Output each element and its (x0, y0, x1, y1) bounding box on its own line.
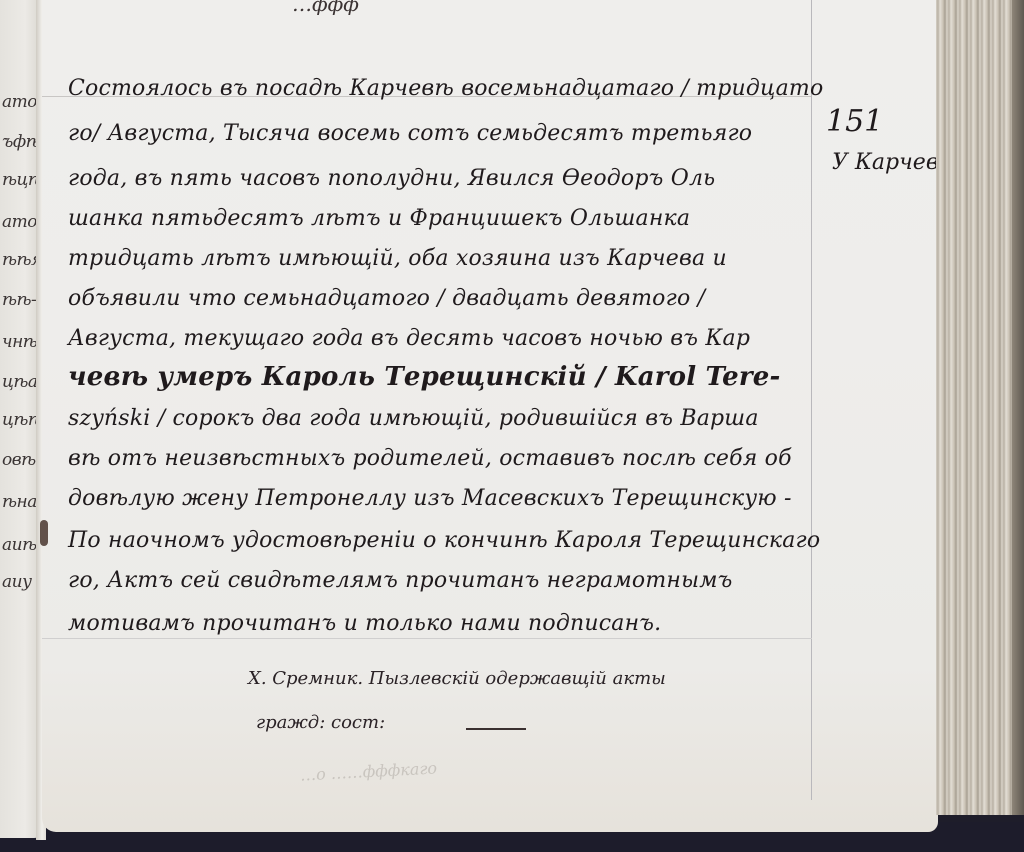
margin-rule (811, 0, 812, 800)
left-page-fragment: ъфѣ (2, 132, 40, 152)
left-page-fragment: ато (2, 212, 37, 232)
record-line: тридцать лѣтъ имѣющій, оба хозяина изъ К… (68, 246, 727, 271)
record-line: Состоялось въ посадѣ Карчевѣ восемьнадца… (68, 76, 823, 101)
signature-underline (466, 728, 526, 730)
left-page-fragment: овѣ (2, 450, 36, 470)
ruled-line-bottom (42, 638, 812, 639)
left-page-fragment: ѣѣ- (2, 290, 36, 310)
record-line: года, въ пять часовъ пополудни, Явился Ѳ… (68, 166, 715, 191)
record-line: szyński / сорокъ два года имѣющій, родив… (68, 406, 759, 431)
ink-stain (40, 520, 48, 546)
left-page-fragment: цѣа (2, 372, 38, 392)
record-line: объявили что семьнадцатого / двадцать де… (68, 286, 705, 311)
left-page-fragment: ато (2, 92, 37, 112)
act-number: 151 (826, 104, 883, 139)
record-line: Августа, текущаго года въ десять часовъ … (68, 326, 750, 351)
left-page-fragment: ѣна (2, 492, 37, 512)
official-title: гражд: сост: (256, 712, 385, 733)
book-cover-edge (1012, 0, 1024, 815)
record-line: го, Актъ сей свидѣтелямъ прочитанъ негра… (68, 568, 733, 593)
left-page-fragment: аиѣ (2, 535, 37, 555)
previous-entry-fragment: …ффф (292, 0, 359, 16)
left-page-fragment: чнѣ (2, 332, 37, 352)
record-line: мотивамъ прочитанъ и только нами подписа… (68, 611, 661, 636)
record-line: го/ Августа, Тысяча восемь сотъ семьдеся… (68, 121, 752, 146)
manuscript-photo: ато ъфѣ ѣцѣ ато ѣѣя ѣѣ- чнѣ цѣа цѣѣ овѣ … (0, 0, 1024, 852)
record-line-deceased-name: чевѣ умеръ Кароль Терещинскій / Karol Te… (68, 362, 780, 392)
record-line: довѣлую жену Петронеллу изъ Масевскихъ Т… (68, 486, 792, 511)
left-page-fragment: аиу (2, 572, 31, 592)
official-signature: Х. Сремник. Пызлевскій одержавщій акты (248, 668, 666, 689)
record-line: По наочномъ удостовѣреніи о кончинѣ Каро… (68, 528, 820, 553)
page-stack-edges (936, 0, 1024, 815)
record-line: шанка пятьдесятъ лѣтъ и Францишекъ Ольша… (68, 206, 690, 231)
record-line: вѣ отъ неизвѣстныхъ родителей, оставивъ … (68, 446, 792, 471)
